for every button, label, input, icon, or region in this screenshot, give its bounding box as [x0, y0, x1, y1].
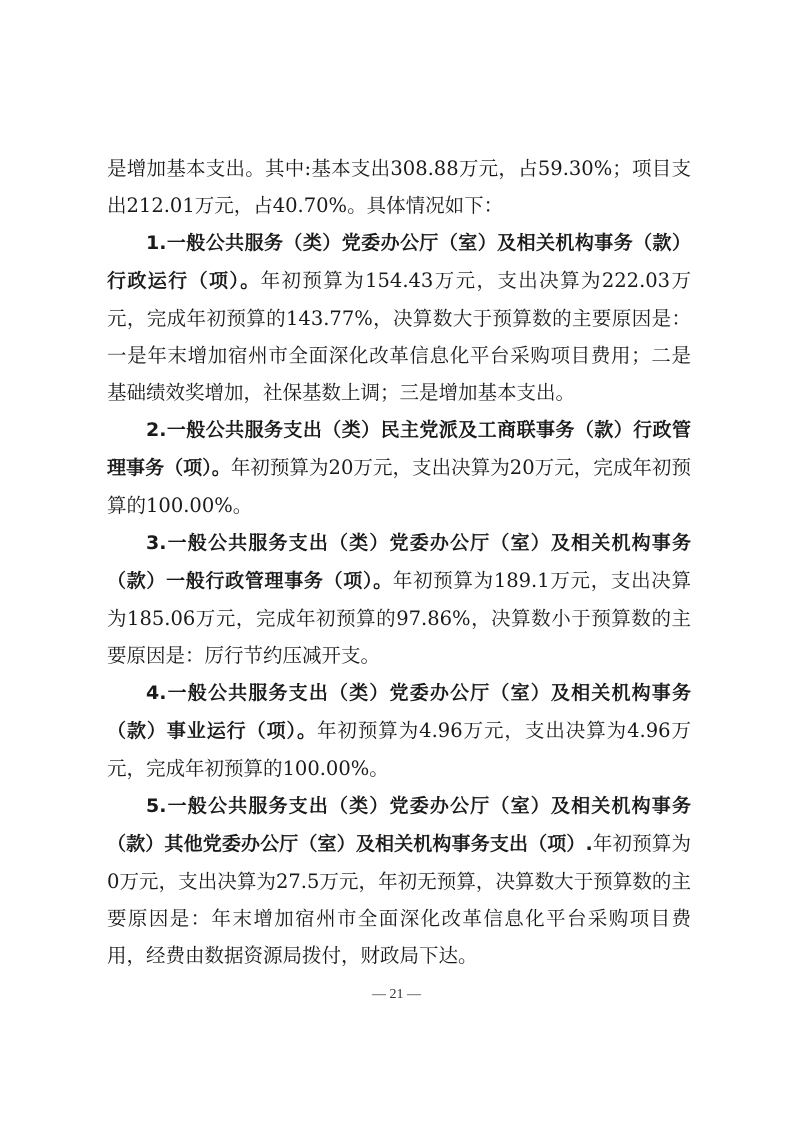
- document-body: 是增加基本支出。其中:基本支出308.88万元，占59.30%；项目支出212.…: [107, 150, 691, 974]
- item-1-paragraph: 1.一般公共服务（类）党委办公厅（室）及相关机构事务（款）行政运行（项）。年初预…: [107, 224, 691, 411]
- intro-paragraph: 是增加基本支出。其中:基本支出308.88万元，占59.30%；项目支出212.…: [107, 150, 691, 224]
- item-5-paragraph: 5.一般公共服务支出（类）党委办公厅（室）及相关机构事务（款）其他党委办公厅（室…: [107, 787, 691, 974]
- item-4-paragraph: 4.一般公共服务支出（类）党委办公厅（室）及相关机构事务（款）事业运行（项）。年…: [107, 674, 691, 787]
- item-3-paragraph: 3.一般公共服务支出（类）党委办公厅（室）及相关机构事务（款）一般行政管理事务（…: [107, 524, 691, 674]
- page-number: — 21 —: [0, 987, 793, 1003]
- item-2-paragraph: 2.一般公共服务支出（类）民主党派及工商联事务（款）行政管理事务（项）。年初预算…: [107, 411, 691, 524]
